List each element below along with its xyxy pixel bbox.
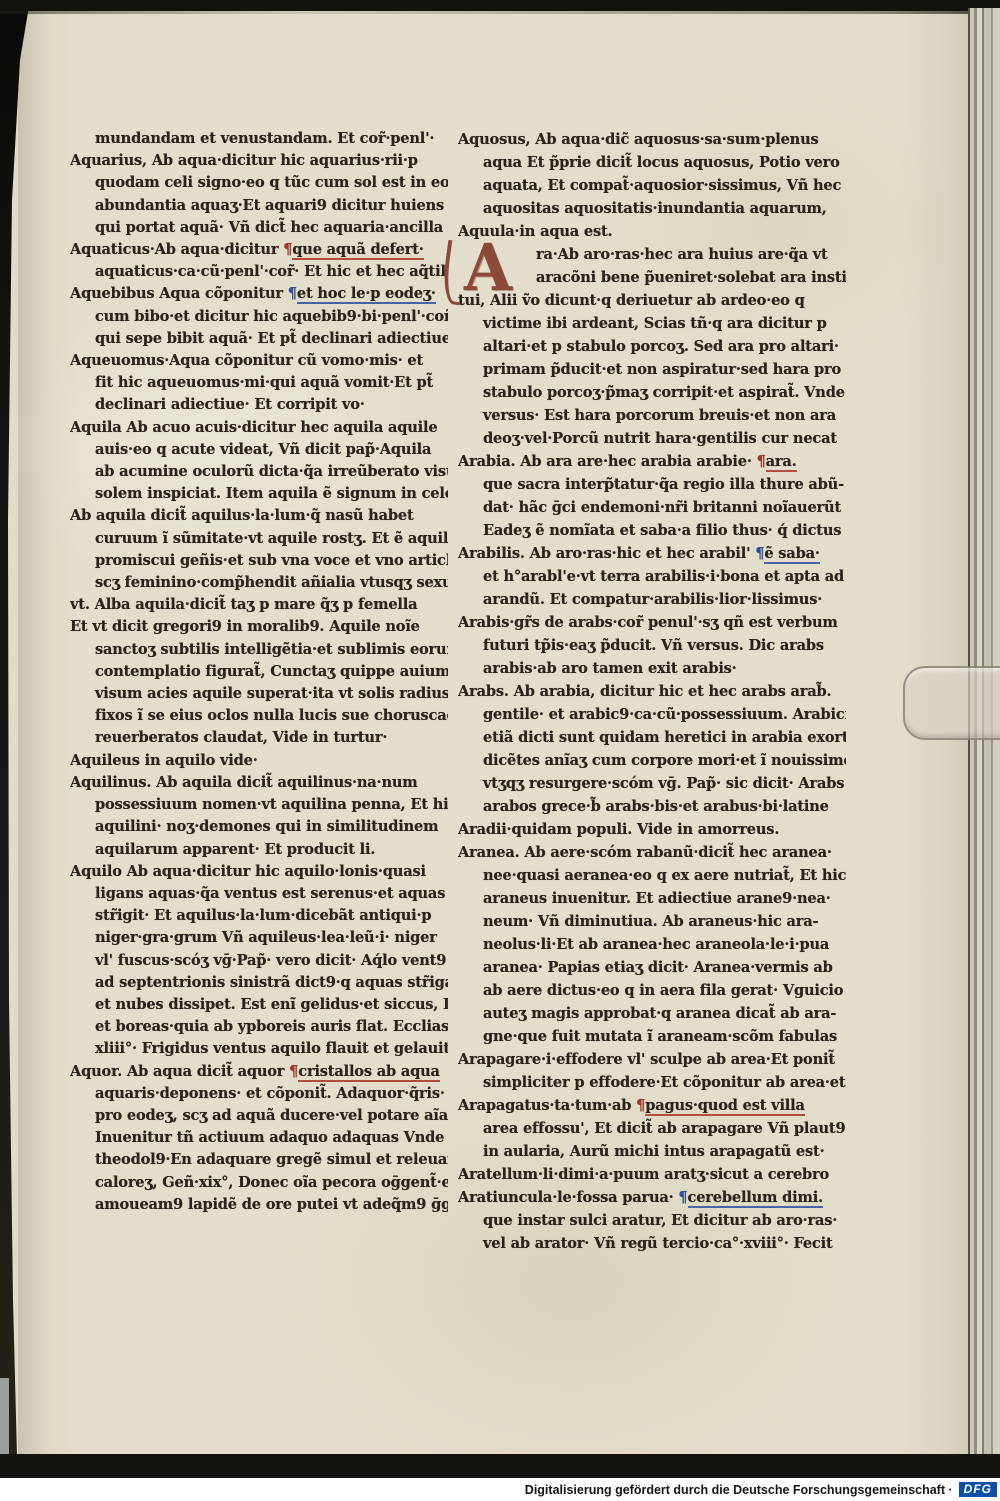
text-line: scʒ feminino·comp̃hendit añialia vtusqʒ … xyxy=(70,572,448,594)
text-line: aranea· Papias etiaʒ dicit· Aranea·vermi… xyxy=(458,956,846,979)
text-line: arabis·ab aro tamen exit arabis· xyxy=(458,657,846,680)
text-line: promiscui geñis·et sub vna voce et vno a… xyxy=(70,550,448,572)
illuminated-initial: A xyxy=(450,237,526,304)
text-segment: altari·et p stabulo porcoʒ. Sed ara pro … xyxy=(483,338,839,355)
text-line: nee·quasi aeranea·eo q ex aere nutriat̃,… xyxy=(458,864,846,887)
text-segment: stabulo porcoʒ·p̃maʒ corripit·et aspirat… xyxy=(483,384,845,401)
text-segment: Aquilo Ab aqua·dicitur hic aquilo·lonis·… xyxy=(70,863,426,880)
text-line: xliii°· Frigidus ventus aquilo flauit et… xyxy=(70,1038,448,1060)
text-line: stabulo porcoʒ·p̃maʒ corripit·et aspirat… xyxy=(458,381,846,404)
text-line: aquilini· noʒ·demones qui in similitudin… xyxy=(70,816,448,838)
text-segment: araneus inuenitur. Et adiectiue arane9·n… xyxy=(483,890,831,907)
text-segment: Arapagare·i·effodere vl' sculpe ab area·… xyxy=(458,1051,835,1068)
text-segment: mundandam et venustandam. Et cor̃·penl'· xyxy=(95,130,434,147)
text-segment: pro eodeʒ, scʒ ad aquã ducere·vel potare… xyxy=(95,1107,448,1124)
text-segment: simpliciter p effodere·Et cõponitur ab a… xyxy=(483,1074,845,1091)
text-line: aquaris·deponens· et cõponit̃. Adaquor·q… xyxy=(70,1083,448,1105)
text-segment: curuum ĩ sũmitate·vt aquile rostʒ. Et ẽ … xyxy=(95,530,448,547)
text-segment: promiscui geñis·et sub vna voce et vno a… xyxy=(95,552,448,569)
bookmark-tab xyxy=(903,666,1000,740)
text-line: niger·gra·grum Vñ aquileus·lea·leũ·i· ni… xyxy=(70,927,448,949)
text-segment: neolus·li·Et ab aranea·hec araneola·le·i… xyxy=(483,936,829,953)
text-segment: aquilini· noʒ·demones qui in similitudin… xyxy=(95,818,438,835)
text-segment: visum acies aquile superat·ita vt solis … xyxy=(95,685,448,702)
text-segment: caloreʒ, Geñ·xix°, Donec oĩa pecora oḡge… xyxy=(95,1174,448,1191)
text-segment: fixos ĩ se eius oclos nulla lucis sue ch… xyxy=(95,707,448,724)
text-line: aqua Et p̃prie dicit̃ locus aquosus, Pot… xyxy=(458,151,846,174)
text-segment: Aquaticus·Ab aqua·dicitur xyxy=(70,241,283,258)
left-column: mundandam et venustandam. Et cor̃·penl'·… xyxy=(70,128,448,1216)
manuscript-scan: mundandam et venustandam. Et cor̃·penl'·… xyxy=(0,0,1000,1501)
text-line: Aquosus, Ab aqua·dic̃ aquosus·sa·sum·ple… xyxy=(458,128,846,151)
text-line: arabos grece·b̃ arabs·bis·et arabus·bi·l… xyxy=(458,795,846,818)
text-line: reuerberatos claudat, Vide in turtur· xyxy=(70,727,448,749)
text-segment: Aquilinus. Ab aquila dicit̃ aquilinus·na… xyxy=(70,774,418,791)
text-line: que sacra interp̃tatur·q̃a regio illa th… xyxy=(458,473,846,496)
text-line: abundantia aquaʒ·Et aquari9 dicitur huie… xyxy=(70,195,448,217)
text-segment: fit hic aqueuomus·mi·qui aquã vomit·Et p… xyxy=(95,374,433,391)
pilcrow-mark: ¶ xyxy=(757,453,766,470)
text-line: Aradii·quidam populi. Vide in amorreus. xyxy=(458,818,846,841)
rubricated-text: cristallos ab aqua xyxy=(298,1063,440,1082)
footer-credit-text: Digitalisierung gefördert durch die Deut… xyxy=(525,1483,953,1497)
text-segment: aranea· Papias etiaʒ dicit· Aranea·vermi… xyxy=(483,959,833,976)
text-line: Ab aquila dicit̃ aquilus·la·lum·q̃ nasũ … xyxy=(70,505,448,527)
text-segment: abundantia aquaʒ·Et aquari9 dicitur huie… xyxy=(95,197,444,214)
text-segment: auteʒ magis approbat·q aranea dicat̃ ab … xyxy=(483,1005,836,1022)
text-line: theodol9·En adaquare gregẽ simul et rele… xyxy=(70,1149,448,1171)
text-segment: futuri tp̃is·eaʒ p̃ducit. Vñ versus. Dic… xyxy=(483,637,824,654)
text-line: ligans aquas·q̃a ventus est serenus·et a… xyxy=(70,883,448,905)
text-segment: qui portat aquã· Vñ dict̃ hec aquaria·an… xyxy=(95,219,443,236)
rubricated-text: ara. xyxy=(766,453,797,472)
text-segment: Aquebibus Aqua cõponitur xyxy=(70,285,288,302)
text-segment: vel ab arator· Vñ regũ tercio·ca°·xviii°… xyxy=(483,1235,833,1252)
text-segment: ad septentrionis sinistrã dict9·q aquas … xyxy=(95,974,448,991)
text-segment: reuerberatos claudat, Vide in turtur· xyxy=(95,729,387,746)
text-line: visum acies aquile superat·ita vt solis … xyxy=(70,683,448,705)
text-segment: Aranea. Ab aere·scóm rabanũ·dicit̃ hec a… xyxy=(458,844,832,861)
text-segment: aquaticus·ca·cũ·penl'·cor̃· Et hic et he… xyxy=(95,263,448,280)
text-segment: Aratellum·li·dimi·a·puum aratʒ·sicut a c… xyxy=(458,1166,829,1183)
text-segment: dicẽtes anĩaʒ cum corpore mori·et ĩ noui… xyxy=(483,752,846,769)
text-segment: ligans aquas·q̃a ventus est serenus·et a… xyxy=(95,885,445,902)
text-line: Aquileus in aquilo vide· xyxy=(70,750,448,772)
rubricated-text: ẽ saba· xyxy=(764,545,819,564)
text-segment: neum· Vñ diminutiua. Ab araneus·hic ara- xyxy=(483,913,818,930)
text-segment: quodam celi signo·eo q tũc cum sol est i… xyxy=(95,174,448,191)
text-segment: niger·gra·grum Vñ aquileus·lea·leũ·i· ni… xyxy=(95,929,437,946)
text-segment: cum bibo·et dicitur hic aquebib9·bi·penl… xyxy=(95,308,448,325)
text-segment: vl' fuscus·scóʒ vḡ·Pap̃· vero dicit· Aq́… xyxy=(95,952,446,969)
text-line: contemplatio figurat̃, Cunctaʒ quippe au… xyxy=(70,661,448,683)
text-line: deoʒ·vel·Porcũ nutrit hara·gentilis cur … xyxy=(458,427,846,450)
text-segment: area effossu', Et dicit̃ ab arapagare Vñ… xyxy=(483,1120,845,1137)
text-line: Aquebibus Aqua cõponitur ¶et hoc le·p eo… xyxy=(70,283,448,305)
text-line: altari·et p stabulo porcoʒ. Sed ara pro … xyxy=(458,335,846,358)
text-line: Arapagare·i·effodere vl' sculpe ab area·… xyxy=(458,1048,846,1071)
text-line: solem inspiciat. Item aquila ẽ signum in… xyxy=(70,483,448,505)
text-segment: Aqueuomus·Aqua cõponitur cũ vomo·mis· et xyxy=(70,352,423,369)
scan-top-edge xyxy=(0,0,1000,11)
text-segment: Aquosus, Ab aqua·dic̃ aquosus·sa·sum·ple… xyxy=(458,131,819,148)
text-segment: sanctoʒ subtilis intelligẽtia·et sublimi… xyxy=(95,641,448,658)
text-line: ab acumine oculorũ dicta·q̃a irreũberato… xyxy=(70,461,448,483)
pilcrow-mark: ¶ xyxy=(636,1097,645,1114)
text-line: Arapagatus·ta·tum·ab ¶pagus·quod est vil… xyxy=(458,1094,846,1117)
text-line: neolus·li·Et ab aranea·hec araneola·le·i… xyxy=(458,933,846,956)
text-segment: aquositas aquositatis·inundantia aquarum… xyxy=(483,200,827,217)
text-line: et nubes dissipet. Est enĩ gelidus·et si… xyxy=(70,994,448,1016)
text-segment: arabos grece·b̃ arabs·bis·et arabus·bi·l… xyxy=(483,798,829,815)
text-line: fit hic aqueuomus·mi·qui aquã vomit·Et p… xyxy=(70,372,448,394)
text-line: gne·que fuit mutata ĩ araneam·scõm fabul… xyxy=(458,1025,846,1048)
text-line: Aquilinus. Ab aquila dicit̃ aquilinus·na… xyxy=(70,772,448,794)
text-segment: ab aere dictus·eo q in aera fila gerat· … xyxy=(483,982,843,999)
rubricated-text: et hoc le·p eodeʒ· xyxy=(297,285,436,304)
pilcrow-mark: ¶ xyxy=(289,1063,298,1080)
text-line: victime ibi ardeant, Scias tñ·q ara dici… xyxy=(458,312,846,335)
text-line: que instar sulci aratur, Et dicitur ab a… xyxy=(458,1209,846,1232)
text-segment: possessiuum nomen·vt aquilina penna, Et … xyxy=(95,796,448,813)
text-segment: Et vt dicit gregori9 in moralib9. Aquile… xyxy=(70,618,420,635)
rubricated-text: que aquã defert· xyxy=(292,241,423,260)
text-segment: aqua Et p̃prie dicit̃ locus aquosus, Pot… xyxy=(483,154,840,171)
text-line: gentile· et arabic9·ca·cũ·possessiuum. A… xyxy=(458,703,846,726)
text-line: cum bibo·et dicitur hic aquebib9·bi·penl… xyxy=(70,306,448,328)
text-segment: vtʒqʒ resurgere·scóm vḡ. Pap̃· sic dicit… xyxy=(483,775,844,792)
text-segment: victime ibi ardeant, Scias tñ·q ara dici… xyxy=(483,315,827,332)
dfg-logo: DFG xyxy=(959,1482,997,1497)
text-line: quodam celi signo·eo q tũc cum sol est i… xyxy=(70,172,448,194)
text-line: primam p̃ducit·et non aspiratur·sed hara… xyxy=(458,358,846,381)
text-segment: Ab aquila dicit̃ aquilus·la·lum·q̃ nasũ … xyxy=(70,507,413,524)
text-segment: Aradii·quidam populi. Vide in amorreus. xyxy=(458,821,779,838)
text-segment: que sacra interp̃tatur·q̃a regio illa th… xyxy=(483,476,844,493)
text-line: simpliciter p effodere·Et cõponitur ab a… xyxy=(458,1071,846,1094)
text-segment: vt. Alba aquila·dicit̃ taʒ p mare q̃ʒ p … xyxy=(70,596,417,613)
text-segment: ab acumine oculorũ dicta·q̃a irreũberato… xyxy=(95,463,448,480)
text-segment: amoueam9 lapidẽ de ore putei vt adeq̃m9 … xyxy=(95,1196,448,1213)
text-line: Eadeʒ ẽ nomĩata et saba·a filio thus· q́… xyxy=(458,519,846,542)
text-line: Arabilis. Ab aro·ras·hic et hec arabil' … xyxy=(458,542,846,565)
pilcrow-mark: ¶ xyxy=(283,241,292,258)
text-segment: et boreas·quia ab ypboreis auris flat. E… xyxy=(95,1018,448,1035)
text-line: declinari adiectiue· Et corripit vo· xyxy=(70,394,448,416)
text-segment: auis·eo q acute videat, Vñ dicit pap̃·Aq… xyxy=(95,441,431,458)
text-segment: aquilarum apparent· Et producit li. xyxy=(95,841,375,858)
text-segment: contemplatio figurat̃, Cunctaʒ quippe au… xyxy=(95,663,448,680)
text-segment: gne·que fuit mutata ĩ araneam·scõm fabul… xyxy=(483,1028,837,1045)
text-line: Arabs. Ab arabia, dicitur hic et hec ara… xyxy=(458,680,846,703)
text-segment: gentile· et arabic9·ca·cũ·possessiuum. A… xyxy=(483,706,846,723)
pilcrow-mark: ¶ xyxy=(288,285,297,302)
text-line: amoueam9 lapidẽ de ore putei vt adeq̃m9 … xyxy=(70,1194,448,1216)
text-line: ab aere dictus·eo q in aera fila gerat· … xyxy=(458,979,846,1002)
text-segment: xliii°· Frigidus ventus aquilo flauit et… xyxy=(95,1040,448,1057)
text-line: araneus inuenitur. Et adiectiue arane9·n… xyxy=(458,887,846,910)
text-line: fixos ĩ se eius oclos nulla lucis sue ch… xyxy=(70,705,448,727)
text-line: sanctoʒ subtilis intelligẽtia·et sublimi… xyxy=(70,639,448,661)
scan-left-margin xyxy=(0,1378,9,1456)
text-segment: in aularia, Aurũ michi intus arapagatũ e… xyxy=(483,1143,824,1160)
text-line: qui sepe bibit aquã· Et pt̃ declinari ad… xyxy=(70,328,448,350)
text-line: Aratiuncula·le·fossa parua· ¶cerebellum … xyxy=(458,1186,846,1209)
text-segment: scʒ feminino·comp̃hendit añialia vtusqʒ … xyxy=(95,574,448,591)
text-segment: versus· Est hara porcorum breuis·et non … xyxy=(483,407,836,424)
text-segment: aracõni bene p̃ueniret·solebat ara insti… xyxy=(536,269,846,286)
text-line: Aquarius, Ab aqua·dicitur hic aquarius·r… xyxy=(70,150,448,172)
text-line: Aquilo Ab aqua·dicitur hic aquilo·lonis·… xyxy=(70,861,448,883)
text-segment: Aquor. Ab aqua dicit̃ aquor xyxy=(70,1063,289,1080)
text-line: auis·eo q acute videat, Vñ dicit pap̃·Aq… xyxy=(70,439,448,461)
text-line: et h°arabl'e·vt terra arabilis·i·bona et… xyxy=(458,565,846,588)
text-segment: qui sepe bibit aquã· Et pt̃ declinari ad… xyxy=(95,330,448,347)
text-line: futuri tp̃is·eaʒ p̃ducit. Vñ versus. Dic… xyxy=(458,634,846,657)
text-line: curuum ĩ sũmitate·vt aquile rostʒ. Et ẽ … xyxy=(70,528,448,550)
text-line: str̃igit· Et aquilus·la·lum·dicebãt anti… xyxy=(70,905,448,927)
text-line: dat· hãc ḡci endemoni·nr̃i britanni noĩa… xyxy=(458,496,846,519)
text-segment: et nubes dissipet. Est enĩ gelidus·et si… xyxy=(95,996,448,1013)
text-line: area effossu', Et dicit̃ ab arapagare Vñ… xyxy=(458,1117,846,1140)
text-line: Aratellum·li·dimi·a·puum aratʒ·sicut a c… xyxy=(458,1163,846,1186)
text-line: mundandam et venustandam. Et cor̃·penl'· xyxy=(70,128,448,150)
text-line: ad septentrionis sinistrã dict9·q aquas … xyxy=(70,972,448,994)
text-segment: Eadeʒ ẽ nomĩata et saba·a filio thus· q́… xyxy=(483,522,841,539)
text-line: Et vt dicit gregori9 in moralib9. Aquile… xyxy=(70,616,448,638)
text-line: vel ab arator· Vñ regũ tercio·ca°·xviii°… xyxy=(458,1232,846,1255)
text-segment: Inuenitur tñ actiuum adaquo adaquas Vnde xyxy=(95,1129,444,1146)
text-segment: theodol9·En adaquare gregẽ simul et rele… xyxy=(95,1151,448,1168)
text-segment: que instar sulci aratur, Et dicitur ab a… xyxy=(483,1212,837,1229)
text-line: etiã dicti sunt quidam heretici in arabi… xyxy=(458,726,846,749)
text-segment: ra·Ab aro·ras·hec ara huius are·q̃a vt xyxy=(536,246,828,263)
text-line: arandũ. Et compatur·arabilis·lior·lissim… xyxy=(458,588,846,611)
text-segment: Aquarius, Ab aqua·dicitur hic aquarius·r… xyxy=(70,152,418,169)
text-segment: str̃igit· Et aquilus·la·lum·dicebãt anti… xyxy=(95,907,431,924)
pilcrow-mark: ¶ xyxy=(678,1189,687,1206)
text-line: aquaticus·ca·cũ·penl'·cor̃· Et hic et he… xyxy=(70,261,448,283)
text-segment: declinari adiectiue· Et corripit vo· xyxy=(95,396,365,413)
text-line: aquositas aquositatis·inundantia aquarum… xyxy=(458,197,846,220)
text-segment: deoʒ·vel·Porcũ nutrit hara·gentilis cur … xyxy=(483,430,837,447)
text-line: auteʒ magis approbat·q aranea dicat̃ ab … xyxy=(458,1002,846,1025)
text-segment: Arabilis. Ab aro·ras·hic et hec arabil' xyxy=(458,545,755,562)
text-line: Arabia. Ab ara are·hec arabia arabie· ¶a… xyxy=(458,450,846,473)
text-line: aquata, Et compat̃·aquosior·sissimus, Vñ… xyxy=(458,174,846,197)
text-line: aquilarum apparent· Et producit li. xyxy=(70,839,448,861)
text-segment: et h°arabl'e·vt terra arabilis·i·bona et… xyxy=(483,568,844,585)
text-segment: etiã dicti sunt quidam heretici in arabi… xyxy=(483,729,846,746)
text-line: vl' fuscus·scóʒ vḡ·Pap̃· vero dicit· Aq́… xyxy=(70,950,448,972)
digitization-footer: Digitalisierung gefördert durch die Deut… xyxy=(0,1478,1000,1501)
text-line: Aquila Ab acuo acuis·dicitur hec aquila … xyxy=(70,417,448,439)
text-line: caloreʒ, Geñ·xix°, Donec oĩa pecora oḡge… xyxy=(70,1172,448,1194)
text-segment: arandũ. Et compatur·arabilis·lior·lissim… xyxy=(483,591,822,608)
text-line: vt. Alba aquila·dicit̃ taʒ p mare q̃ʒ p … xyxy=(70,594,448,616)
pilcrow-mark: ¶ xyxy=(755,545,764,562)
text-segment: nee·quasi aeranea·eo q ex aere nutriat̃,… xyxy=(483,867,846,884)
text-segment: primam p̃ducit·et non aspiratur·sed hara… xyxy=(483,361,841,378)
text-segment: Arabis·gr̃s de arabs·cor̃ penul'·sʒ qñ e… xyxy=(458,614,838,631)
text-line: Aranea. Ab aere·scóm rabanũ·dicit̃ hec a… xyxy=(458,841,846,864)
text-line: Arabis·gr̃s de arabs·cor̃ penul'·sʒ qñ e… xyxy=(458,611,846,634)
text-line: Aquor. Ab aqua dicit̃ aquor ¶cristallos … xyxy=(70,1061,448,1083)
text-line: neum· Vñ diminutiua. Ab araneus·hic ara- xyxy=(458,910,846,933)
rubricated-text: cerebellum dimi. xyxy=(688,1189,823,1208)
text-segment: Arabs. Ab arabia, dicitur hic et hec ara… xyxy=(458,683,831,700)
text-line: Aqueuomus·Aqua cõponitur cũ vomo·mis· et xyxy=(70,350,448,372)
text-line: pro eodeʒ, scʒ ad aquã ducere·vel potare… xyxy=(70,1105,448,1127)
text-line: qui portat aquã· Vñ dict̃ hec aquaria·an… xyxy=(70,217,448,239)
text-segment: aquaris·deponens· et cõponit̃. Adaquor·q… xyxy=(95,1085,445,1102)
text-line: vtʒqʒ resurgere·scóm vḡ. Pap̃· sic dicit… xyxy=(458,772,846,795)
text-line: dicẽtes anĩaʒ cum corpore mori·et ĩ noui… xyxy=(458,749,846,772)
text-segment: arabis·ab aro tamen exit arabis· xyxy=(483,660,737,677)
text-line: versus· Est hara porcorum breuis·et non … xyxy=(458,404,846,427)
rubricated-text: pagus·quod est villa xyxy=(645,1097,805,1116)
text-line: et boreas·quia ab ypboreis auris flat. E… xyxy=(70,1016,448,1038)
text-segment: Aquila Ab acuo acuis·dicitur hec aquila … xyxy=(70,419,437,436)
scan-bottom-edge xyxy=(0,1454,1000,1478)
text-segment: solem inspiciat. Item aquila ẽ signum in… xyxy=(95,485,448,502)
text-segment: Arapagatus·ta·tum·ab xyxy=(458,1097,636,1114)
text-line: Aquaticus·Ab aqua·dicitur ¶que aquã defe… xyxy=(70,239,448,261)
text-line: Inuenitur tñ actiuum adaquo adaquas Vnde xyxy=(70,1127,448,1149)
text-segment: Arabia. Ab ara are·hec arabia arabie· xyxy=(458,453,757,470)
text-line: possessiuum nomen·vt aquilina penna, Et … xyxy=(70,794,448,816)
text-segment: Aquileus in aquilo vide· xyxy=(70,752,258,769)
text-segment: Aratiuncula·le·fossa parua· xyxy=(458,1189,678,1206)
text-segment: aquata, Et compat̃·aquosior·sissimus, Vñ… xyxy=(483,177,841,194)
text-segment: dat· hãc ḡci endemoni·nr̃i britanni noĩa… xyxy=(483,499,841,516)
text-line: in aularia, Aurũ michi intus arapagatũ e… xyxy=(458,1140,846,1163)
